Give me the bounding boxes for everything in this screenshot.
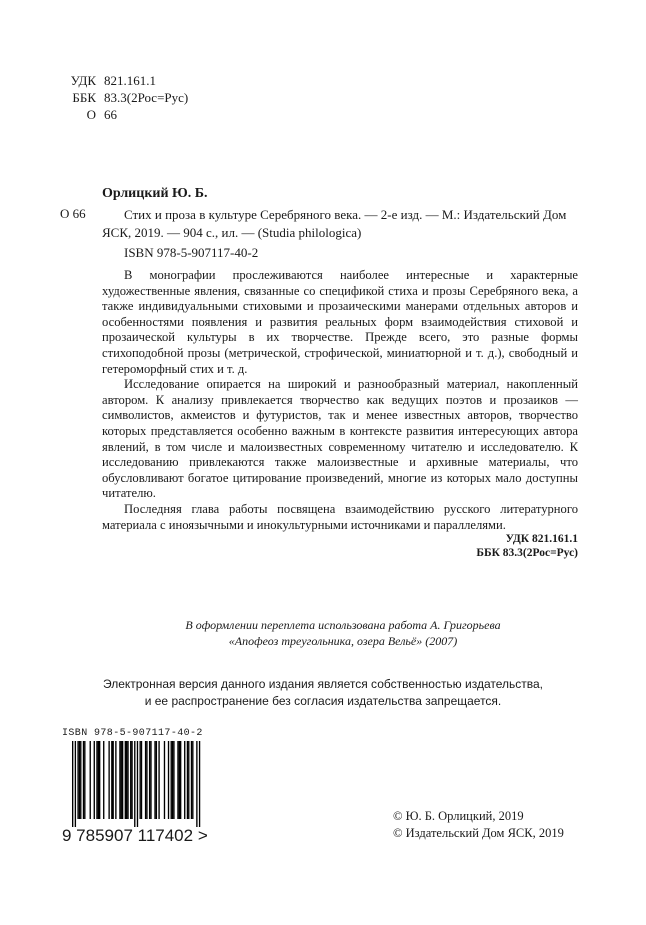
bbk-value: 83.3(2Рос=Рус): [104, 89, 188, 106]
bbk-label: ББК: [50, 89, 104, 106]
rights-line: и ее распространение без согласия издате…: [60, 693, 586, 710]
copyright-publisher: © Издательский Дом ЯСК, 2019: [393, 825, 564, 842]
udk-label: УДК: [50, 72, 104, 89]
bibliographic-description: Стих и проза в культуре Серебряного века…: [102, 206, 578, 242]
barcode-bars: [62, 741, 212, 827]
abstract-paragraph: Последняя глава работы посвящена взаимод…: [102, 502, 578, 533]
author-sign-value: 66: [104, 106, 117, 123]
udk-value: 821.161.1: [104, 72, 156, 89]
classification-block: УДК 821.161.1 ББК 83.3(2Рос=Рус) О 66: [50, 72, 188, 123]
catalog-author: Орлицкий Ю. Б.: [102, 186, 208, 202]
barcode-digits: 9 785907 117402 >: [62, 826, 208, 846]
author-sign-label: О: [50, 106, 104, 123]
abstract-bbk: ББК 83.3(2Рос=Рус): [420, 546, 578, 560]
barcode-isbn-text: ISBN 978-5-907117-40-2: [62, 728, 203, 739]
isbn-text: ISBN 978-5-907117-40-2: [124, 245, 258, 261]
abstract-udk: УДК 821.161.1: [420, 532, 578, 546]
cover-design-note: В оформлении переплета использована рабо…: [100, 617, 586, 649]
abstract-paragraph: Исследование опирается на широкий и разн…: [102, 377, 578, 502]
cover-note-line: В оформлении переплета использована рабо…: [100, 617, 586, 633]
catalog-call-code: О 66: [60, 206, 86, 222]
rights-notice: Электронная версия данного издания являе…: [60, 676, 586, 710]
bbk-row: ББК 83.3(2Рос=Рус): [50, 89, 188, 106]
copyright-block: © Ю. Б. Орлицкий, 2019 © Издательский До…: [393, 808, 564, 842]
abstract: В монографии прослеживаются наиболее инт…: [102, 268, 578, 533]
copyright-author: © Ю. Б. Орлицкий, 2019: [393, 808, 564, 825]
abstract-paragraph: В монографии прослеживаются наиболее инт…: [102, 268, 578, 377]
author-sign-row: О 66: [50, 106, 188, 123]
isbn-barcode: ISBN 978-5-907117-40-2 9 785907 117402 >: [62, 728, 212, 846]
udk-row: УДК 821.161.1: [50, 72, 188, 89]
abstract-codes: УДК 821.161.1 ББК 83.3(2Рос=Рус): [420, 532, 578, 560]
rights-line: Электронная версия данного издания являе…: [60, 676, 586, 693]
cover-note-line: «Апофеоз треугольника, озера Вельё» (200…: [100, 633, 586, 649]
